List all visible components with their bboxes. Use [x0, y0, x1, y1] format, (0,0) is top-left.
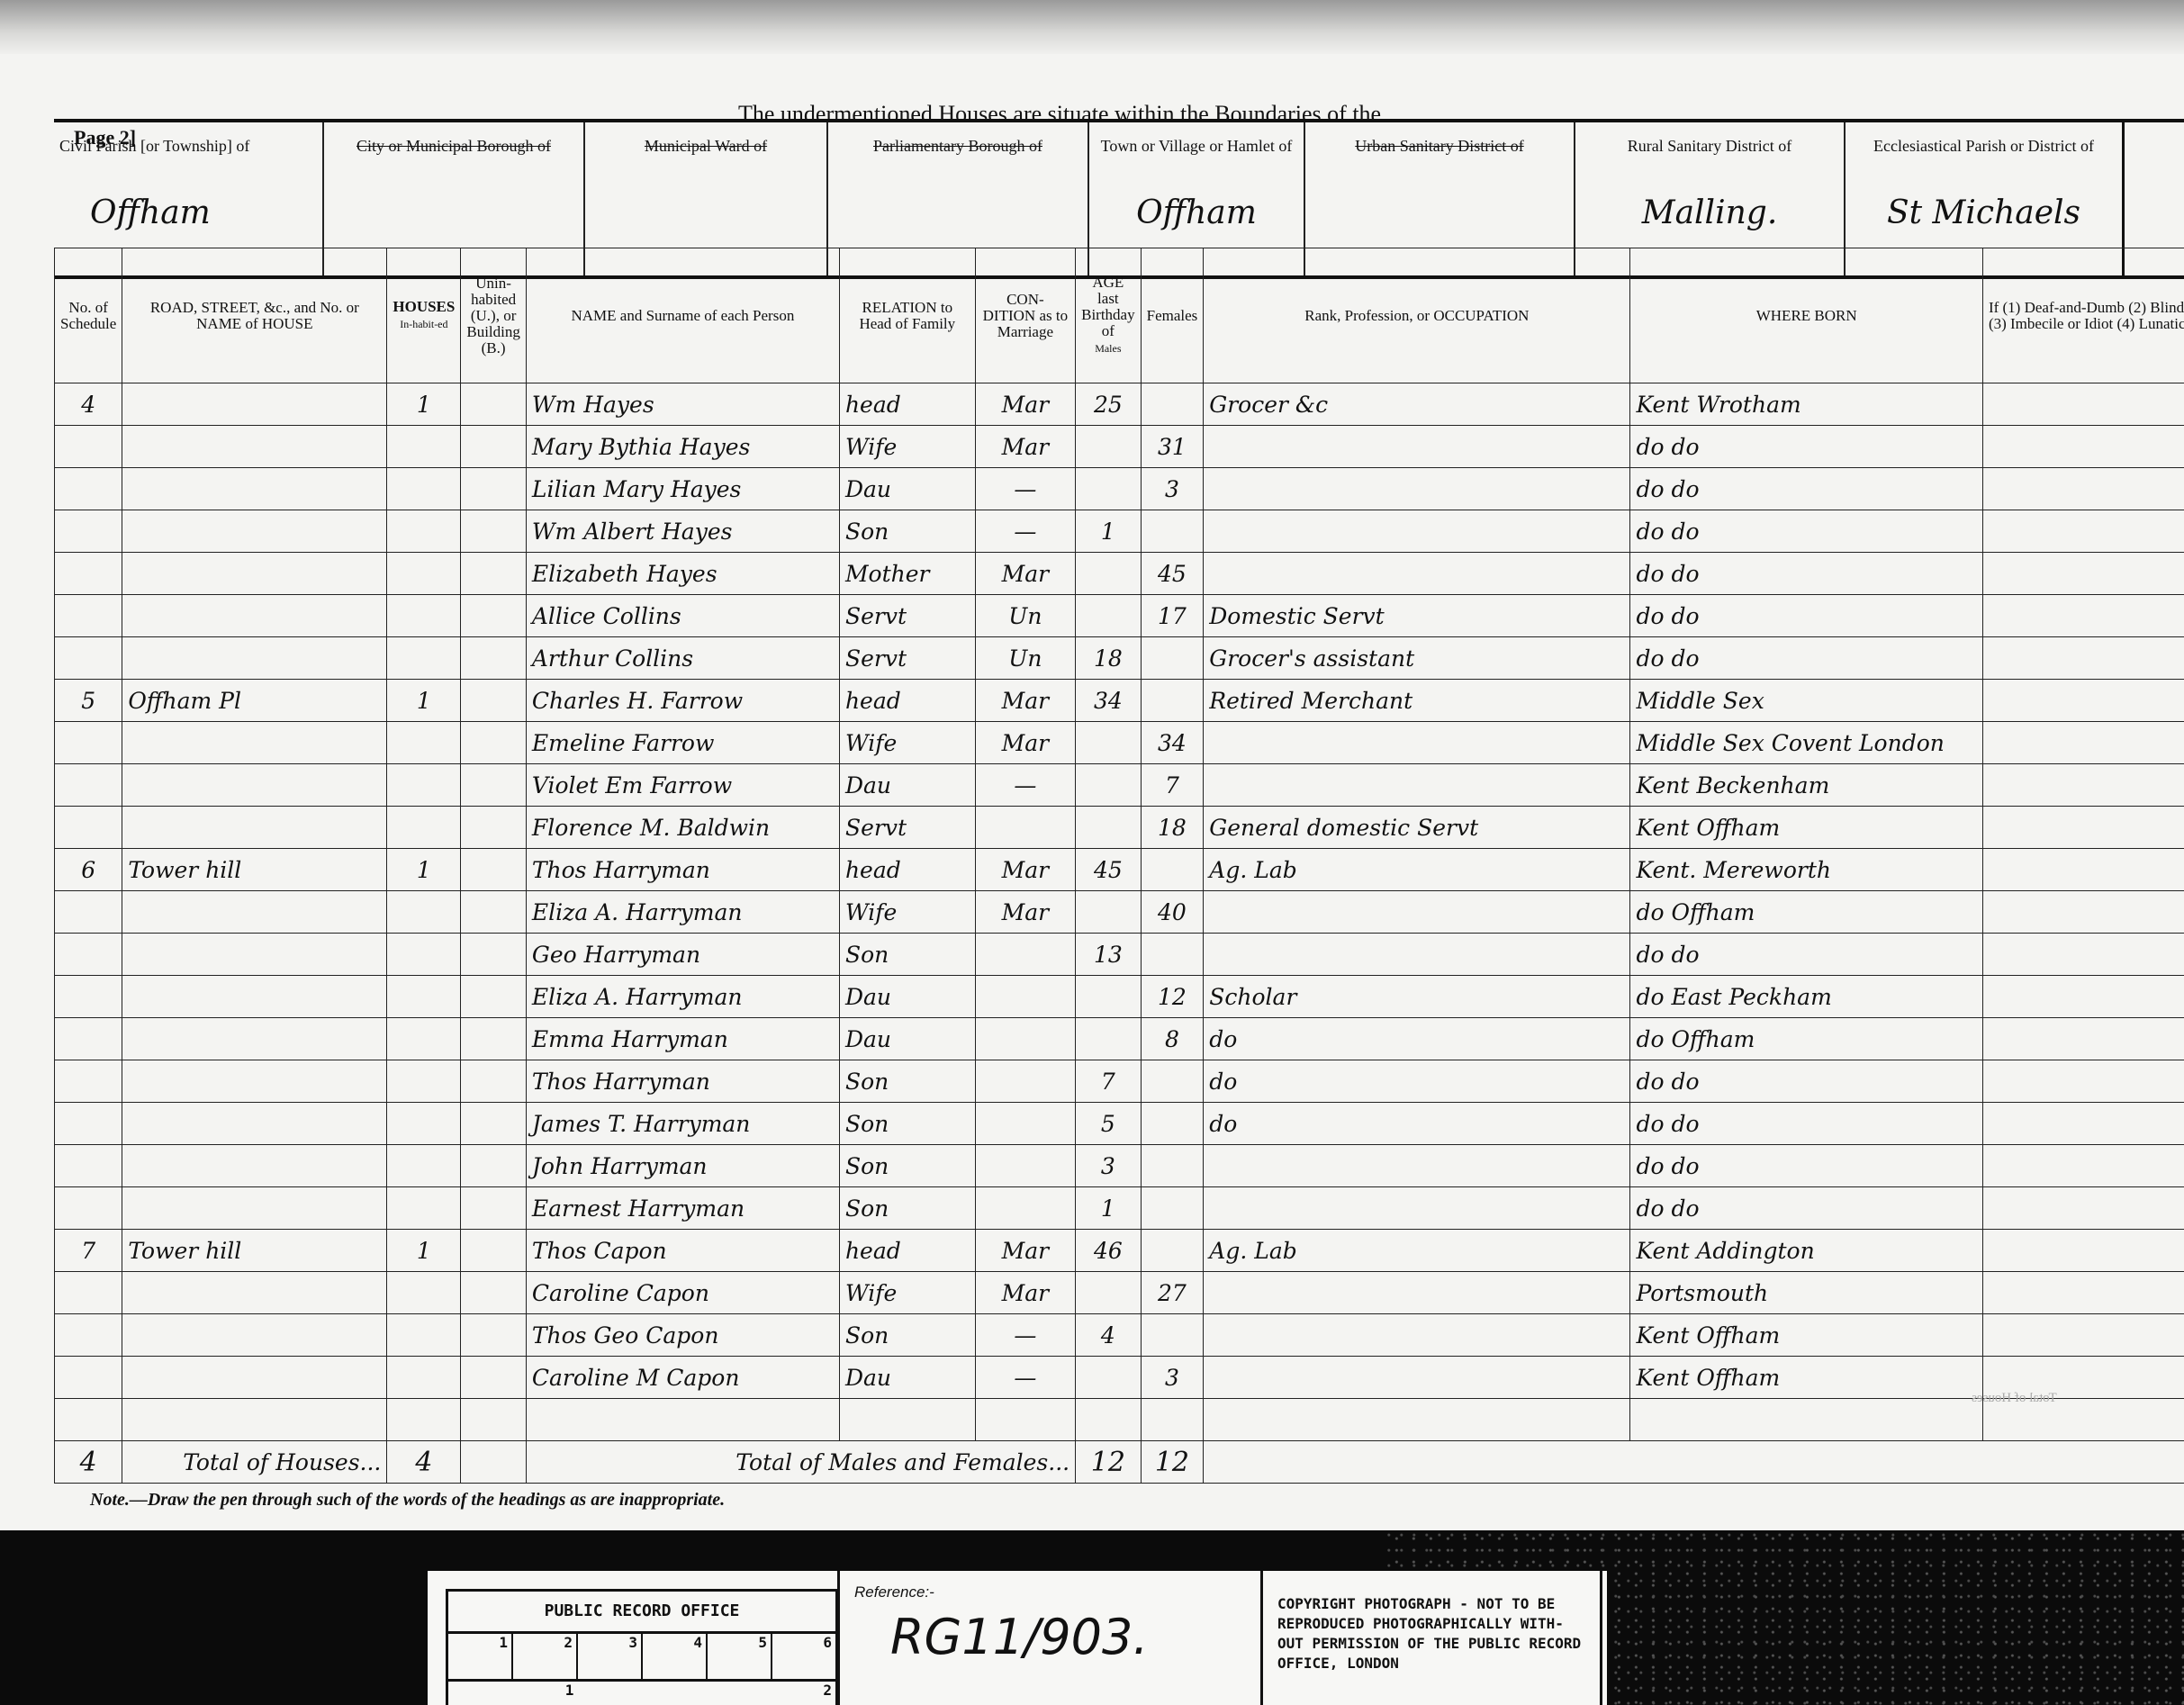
where-born-cell: Portsmouth [1630, 1272, 1982, 1314]
inhabited-cell [387, 553, 461, 595]
municipal-borough-label: City or Municipal Borough of [324, 137, 583, 155]
where-born-cell: Kent Addington [1630, 1230, 1982, 1272]
condition-cell: — [975, 510, 1075, 553]
office-number-cells-row2: 1 2 [448, 1682, 835, 1705]
name-cell: Elizabeth Hayes [526, 553, 839, 595]
total-uninhabited [461, 1441, 527, 1484]
road-cell: Offham Pl [122, 680, 387, 722]
schedule-cell [55, 1357, 122, 1399]
uninhabited-cell [461, 764, 527, 807]
name-cell: Wm Hayes [526, 383, 839, 426]
condition-cell: Mar [975, 426, 1075, 468]
header-relation: RELATION to Head of Family [839, 248, 975, 383]
condition-cell: — [975, 1314, 1075, 1357]
occupation-cell: Retired Merchant [1204, 680, 1630, 722]
total-houses-label: Total of Houses... [122, 1441, 387, 1484]
road-cell [122, 553, 387, 595]
inhabited-cell [387, 1399, 461, 1441]
condition-cell [975, 1399, 1075, 1441]
road-cell [122, 807, 387, 849]
total-females: 12 [1141, 1441, 1204, 1484]
name-cell: Emma Harryman [526, 1018, 839, 1060]
road-cell [122, 637, 387, 680]
where-born-cell: Middle Sex [1630, 680, 1982, 722]
total-houses: 4 [387, 1441, 461, 1484]
header-road: ROAD, STREET, &c., and No. or NAME of HO… [122, 248, 387, 383]
road-cell [122, 468, 387, 510]
road-cell [122, 934, 387, 976]
name-cell: Mary Bythia Hayes [526, 426, 839, 468]
public-record-office-box: PUBLIC RECORD OFFICE 1 2 3 4 5 6 1 2 [446, 1589, 838, 1705]
relation-cell: Dau [839, 468, 975, 510]
age-male-cell: 45 [1076, 849, 1142, 891]
schedule-cell [55, 934, 122, 976]
age-male-cell: 3 [1076, 1145, 1142, 1187]
office-cell: 1 [448, 1634, 513, 1679]
relation-cell: Dau [839, 976, 975, 1018]
schedule-cell [55, 1399, 122, 1441]
civil-parish-label: Civil Parish [or Township] of [59, 137, 322, 155]
where-born-cell: Kent Wrotham [1630, 383, 1982, 426]
inhabited-cell [387, 637, 461, 680]
name-cell: Caroline M Capon [526, 1357, 839, 1399]
table-row: Emma HarrymanDau8dodo Offham [55, 1018, 2184, 1060]
occupation-cell [1204, 510, 1630, 553]
road-cell: Tower hill [122, 1230, 387, 1272]
table-row: Emeline FarrowWifeMar34Middle Sex Covent… [55, 722, 2184, 764]
where-born-cell: do do [1630, 468, 1982, 510]
condition-cell [975, 807, 1075, 849]
schedule-cell [55, 976, 122, 1018]
scan-top-edge [0, 0, 2184, 54]
age-female-cell [1141, 383, 1204, 426]
name-cell: Geo Harryman [526, 934, 839, 976]
schedule-cell: 4 [55, 383, 122, 426]
table-row: Elizabeth HayesMotherMar45do do [55, 553, 2184, 595]
where-born-cell: do do [1630, 637, 1982, 680]
road-cell [122, 383, 387, 426]
schedule-cell [55, 637, 122, 680]
table-row: Caroline M CaponDau—3Kent Offham [55, 1357, 2184, 1399]
inhabited-cell [387, 1187, 461, 1230]
rural-sanitary-value: Malling. [1575, 194, 1844, 231]
infirmity-cell [1982, 1230, 2184, 1272]
relation-cell: Wife [839, 426, 975, 468]
uninhabited-cell [461, 934, 527, 976]
name-cell: Wm Albert Hayes [526, 510, 839, 553]
name-cell: Thos Harryman [526, 1060, 839, 1103]
total-schedules: 4 [55, 1441, 122, 1484]
table-row: Violet Em FarrowDau—7Kent Beckenham [55, 764, 2184, 807]
inhabited-cell: 1 [387, 849, 461, 891]
header-females: Females [1141, 248, 1204, 383]
inhabited-cell [387, 1060, 461, 1103]
header-males: Males [1095, 342, 1121, 355]
table-row: 41Wm HayesheadMar25Grocer &cKent Wrotham [55, 383, 2184, 426]
age-male-cell: 1 [1076, 510, 1142, 553]
condition-cell [975, 934, 1075, 976]
age-female-cell [1141, 1230, 1204, 1272]
schedule-cell [55, 722, 122, 764]
age-male-cell [1076, 1018, 1142, 1060]
inhabited-cell: 1 [387, 1230, 461, 1272]
name-cell: Lilian Mary Hayes [526, 468, 839, 510]
road-cell [122, 1314, 387, 1357]
age-female-cell [1141, 1145, 1204, 1187]
age-female-cell: 27 [1141, 1272, 1204, 1314]
road-cell [122, 722, 387, 764]
uninhabited-cell [461, 468, 527, 510]
occupation-cell [1204, 934, 1630, 976]
header-age-males: AGE last Birthday ofMales [1076, 248, 1142, 383]
age-female-cell [1141, 637, 1204, 680]
office-cell: 2 [513, 1634, 578, 1679]
inhabited-cell [387, 468, 461, 510]
table-row: Florence M. BaldwinServt18General domest… [55, 807, 2184, 849]
table-row: Lilian Mary HayesDau—3do do [55, 468, 2184, 510]
age-male-cell [1076, 891, 1142, 934]
table-row: Arthur CollinsServtUn18Grocer's assistan… [55, 637, 2184, 680]
road-cell [122, 426, 387, 468]
age-male-cell [1076, 764, 1142, 807]
relation-cell: Servt [839, 595, 975, 637]
age-male-cell [1076, 976, 1142, 1018]
schedule-cell [55, 891, 122, 934]
infirmity-cell [1982, 553, 2184, 595]
header-occupation: Rank, Profession, or OCCUPATION [1204, 248, 1630, 383]
where-born-cell: do do [1630, 1060, 1982, 1103]
schedule-cell [55, 1103, 122, 1145]
schedule-cell: 7 [55, 1230, 122, 1272]
condition-cell [975, 1018, 1075, 1060]
occupation-cell [1204, 468, 1630, 510]
uninhabited-cell [461, 426, 527, 468]
schedule-cell [55, 426, 122, 468]
civil-parish-value: Offham [54, 194, 322, 231]
relation-cell: Son [839, 1145, 975, 1187]
infirmity-cell [1982, 1272, 2184, 1314]
occupation-cell [1204, 426, 1630, 468]
schedule-cell [55, 1314, 122, 1357]
occupation-cell [1204, 1357, 1630, 1399]
where-born-cell: do do [1630, 510, 1982, 553]
table-row: 6Tower hill1Thos HarrymanheadMar45Ag. La… [55, 849, 2184, 891]
name-cell: Arthur Collins [526, 637, 839, 680]
schedule-cell [55, 807, 122, 849]
reference-label: Reference:- [854, 1583, 1246, 1601]
uninhabited-cell [461, 849, 527, 891]
relation-cell: Son [839, 934, 975, 976]
schedule-cell [55, 510, 122, 553]
relation-cell: Wife [839, 722, 975, 764]
town-village-value: Offham [1089, 194, 1304, 231]
office-cell: 1 [448, 1682, 577, 1705]
infirmity-cell [1982, 891, 2184, 934]
condition-cell: Mar [975, 1272, 1075, 1314]
condition-cell: Mar [975, 680, 1075, 722]
inhabited-cell [387, 764, 461, 807]
schedule-cell [55, 468, 122, 510]
occupation-cell [1204, 553, 1630, 595]
record-office-label: PUBLIC RECORD OFFICE 1 2 3 4 5 6 1 2 Ref… [428, 1571, 1607, 1705]
where-born-cell: Kent Offham [1630, 1314, 1982, 1357]
schedule-cell [55, 764, 122, 807]
condition-cell: Mar [975, 849, 1075, 891]
table-row: Eliza A. HarrymanWifeMar40do Offham [55, 891, 2184, 934]
ecclesiastical-parish-value: St Michaels [1846, 194, 2122, 231]
where-born-cell: do do [1630, 595, 1982, 637]
table-row: 5Offham Pl1Charles H. FarrowheadMar34Ret… [55, 680, 2184, 722]
table-row: Thos Geo CaponSon—4Kent Offham [55, 1314, 2184, 1357]
schedule-cell [55, 595, 122, 637]
uninhabited-cell [461, 1272, 527, 1314]
infirmity-cell [1982, 1060, 2184, 1103]
infirmity-cell [1982, 1103, 2184, 1145]
condition-cell [975, 1103, 1075, 1145]
age-male-cell [1076, 1357, 1142, 1399]
age-male-cell [1076, 426, 1142, 468]
occupation-cell: Grocer's assistant [1204, 637, 1630, 680]
where-born-cell: do East Peckham [1630, 976, 1982, 1018]
road-cell [122, 510, 387, 553]
name-cell: Thos Capon [526, 1230, 839, 1272]
infirmity-cell [1982, 595, 2184, 637]
header-houses: HOUSES [393, 298, 455, 315]
age-male-cell: 5 [1076, 1103, 1142, 1145]
uninhabited-cell [461, 637, 527, 680]
inhabited-cell [387, 934, 461, 976]
where-born-cell: do do [1630, 426, 1982, 468]
infirmity-cell [1982, 510, 2184, 553]
age-female-cell: 40 [1141, 891, 1204, 934]
infirmity-cell [1982, 468, 2184, 510]
table-row: James T. HarrymanSon5dodo do [55, 1103, 2184, 1145]
infirmity-cell [1982, 383, 2184, 426]
uninhabited-cell [461, 1314, 527, 1357]
age-male-cell [1076, 595, 1142, 637]
condition-cell: Mar [975, 722, 1075, 764]
age-female-cell [1141, 1314, 1204, 1357]
heading-note: Note.—Draw the pen through such of the w… [90, 1490, 725, 1511]
relation-cell: Dau [839, 1357, 975, 1399]
header-age: AGE last Birthday of [1081, 274, 1135, 339]
uninhabited-cell [461, 1145, 527, 1187]
age-male-cell [1076, 1399, 1142, 1441]
occupation-cell: Domestic Servt [1204, 595, 1630, 637]
uninhabited-cell [461, 1103, 527, 1145]
age-male-cell: 18 [1076, 637, 1142, 680]
inhabited-cell [387, 891, 461, 934]
occupation-cell [1204, 891, 1630, 934]
inhabited-cell [387, 426, 461, 468]
parliamentary-borough-label: Parliamentary Borough of [828, 137, 1087, 155]
name-cell: Thos Harryman [526, 849, 839, 891]
reference-value: RG11/903. [890, 1609, 1246, 1665]
road-cell [122, 764, 387, 807]
uninhabited-cell [461, 1060, 527, 1103]
age-female-cell [1141, 934, 1204, 976]
relation-cell: Wife [839, 891, 975, 934]
table-row: Earnest HarrymanSon1do do [55, 1187, 2184, 1230]
condition-cell [975, 1145, 1075, 1187]
relation-cell: Servt [839, 637, 975, 680]
condition-cell: — [975, 764, 1075, 807]
age-male-cell: 46 [1076, 1230, 1142, 1272]
age-female-cell: 3 [1141, 468, 1204, 510]
relation-cell: Son [839, 1187, 975, 1230]
table-row: Allice CollinsServtUn17Domestic Servtdo … [55, 595, 2184, 637]
totals-blank [1204, 1441, 2184, 1484]
office-cell: 2 [707, 1682, 835, 1705]
infirmity-cell [1982, 807, 2184, 849]
age-female-cell [1141, 1103, 1204, 1145]
name-cell: Thos Geo Capon [526, 1314, 839, 1357]
where-born-cell: Kent Offham [1630, 1357, 1982, 1399]
infirmity-cell [1982, 680, 2184, 722]
uninhabited-cell [461, 1018, 527, 1060]
schedule-cell: 5 [55, 680, 122, 722]
relation-cell: Dau [839, 1018, 975, 1060]
age-male-cell [1076, 553, 1142, 595]
infirmity-cell [1982, 637, 2184, 680]
name-cell: Allice Collins [526, 595, 839, 637]
road-cell [122, 1357, 387, 1399]
occupation-cell: Scholar [1204, 976, 1630, 1018]
age-female-cell: 12 [1141, 976, 1204, 1018]
age-female-cell: 17 [1141, 595, 1204, 637]
table-row [55, 1399, 2184, 1441]
totals-row: 4 Total of Houses... 4 Total of Males an… [55, 1441, 2184, 1484]
uninhabited-cell [461, 722, 527, 764]
bleed-through-text: Total of Houses [1972, 1391, 2057, 1406]
where-born-cell: do Offham [1630, 891, 1982, 934]
age-female-cell: 8 [1141, 1018, 1204, 1060]
road-cell: Tower hill [122, 849, 387, 891]
condition-cell: Un [975, 637, 1075, 680]
name-cell [526, 1399, 839, 1441]
occupation-cell [1204, 1145, 1630, 1187]
condition-cell: — [975, 468, 1075, 510]
municipal-ward-label: Municipal Ward of [585, 137, 826, 155]
schedule-cell [55, 1060, 122, 1103]
census-table: No. of Schedule ROAD, STREET, &c., and N… [54, 248, 2184, 1484]
occupation-cell: General domestic Servt [1204, 807, 1630, 849]
road-cell [122, 1145, 387, 1187]
inhabited-cell [387, 1314, 461, 1357]
road-cell [122, 1187, 387, 1230]
age-female-cell: 3 [1141, 1357, 1204, 1399]
office-cell: 4 [643, 1634, 708, 1679]
inhabited-cell [387, 807, 461, 849]
name-cell: Caroline Capon [526, 1272, 839, 1314]
header-inhabited-label: In-habit-ed [400, 318, 447, 330]
uninhabited-cell [461, 553, 527, 595]
road-cell [122, 1103, 387, 1145]
name-cell: James T. Harryman [526, 1103, 839, 1145]
schedule-cell [55, 1187, 122, 1230]
header-inhabited: HOUSESIn-habit-ed [387, 248, 461, 383]
where-born-cell: do do [1630, 1145, 1982, 1187]
where-born-cell [1630, 1399, 1982, 1441]
inhabited-cell [387, 722, 461, 764]
infirmity-cell [1982, 1018, 2184, 1060]
inhabited-cell [387, 1103, 461, 1145]
table-row: John HarrymanSon3do do [55, 1145, 2184, 1187]
road-cell [122, 1018, 387, 1060]
where-born-cell: do do [1630, 553, 1982, 595]
road-cell [122, 1272, 387, 1314]
where-born-cell: do do [1630, 934, 1982, 976]
uninhabited-cell [461, 1230, 527, 1272]
total-males: 12 [1076, 1441, 1142, 1484]
office-cell [577, 1682, 706, 1705]
road-cell [122, 976, 387, 1018]
uninhabited-cell [461, 807, 527, 849]
age-male-cell: 13 [1076, 934, 1142, 976]
age-female-cell: 18 [1141, 807, 1204, 849]
office-number-cells: 1 2 3 4 5 6 [448, 1634, 835, 1682]
age-male-cell [1076, 807, 1142, 849]
header-row: No. of Schedule ROAD, STREET, &c., and N… [55, 248, 2184, 383]
condition-cell: Mar [975, 891, 1075, 934]
age-male-cell: 4 [1076, 1314, 1142, 1357]
occupation-cell: Ag. Lab [1204, 1230, 1630, 1272]
where-born-cell: Kent Beckenham [1630, 764, 1982, 807]
name-cell: Eliza A. Harryman [526, 976, 839, 1018]
where-born-cell: Kent. Mereworth [1630, 849, 1982, 891]
occupation-cell: do [1204, 1103, 1630, 1145]
table-row: 7Tower hill1Thos CaponheadMar46Ag. LabKe… [55, 1230, 2184, 1272]
where-born-cell: do Offham [1630, 1018, 1982, 1060]
name-cell: Eliza A. Harryman [526, 891, 839, 934]
inhabited-cell [387, 1145, 461, 1187]
office-cell: 6 [772, 1634, 835, 1679]
condition-cell: — [975, 1357, 1075, 1399]
age-female-cell [1141, 1060, 1204, 1103]
uninhabited-cell [461, 1187, 527, 1230]
schedule-cell [55, 1145, 122, 1187]
relation-cell: Son [839, 1103, 975, 1145]
infirmity-cell [1982, 426, 2184, 468]
infirmity-cell [1982, 764, 2184, 807]
name-cell: Emeline Farrow [526, 722, 839, 764]
urban-sanitary-label: Urban Sanitary District of [1305, 137, 1574, 155]
road-cell [122, 1060, 387, 1103]
table-row: Wm Albert HayesSon—1do do [55, 510, 2184, 553]
age-female-cell: 34 [1141, 722, 1204, 764]
relation-cell: Son [839, 510, 975, 553]
condition-cell [975, 1187, 1075, 1230]
infirmity-cell [1982, 722, 2184, 764]
table-row: Geo HarrymanSon13do do [55, 934, 2184, 976]
occupation-cell: do [1204, 1018, 1630, 1060]
condition-cell [975, 976, 1075, 1018]
where-born-cell: do do [1630, 1103, 1982, 1145]
infirmity-cell [1982, 976, 2184, 1018]
road-cell [122, 1399, 387, 1441]
age-female-cell [1141, 1399, 1204, 1441]
census-rows: 41Wm HayesheadMar25Grocer &cKent Wrotham… [55, 383, 2184, 1441]
table-row: Thos HarrymanSon7dodo do [55, 1060, 2184, 1103]
age-male-cell [1076, 722, 1142, 764]
public-record-office-title: PUBLIC RECORD OFFICE [448, 1592, 835, 1634]
schedule-cell [55, 1272, 122, 1314]
relation-cell: Son [839, 1060, 975, 1103]
relation-cell: head [839, 680, 975, 722]
uninhabited-cell [461, 976, 527, 1018]
infirmity-cell [1982, 849, 2184, 891]
infirmity-cell [1982, 1187, 2184, 1230]
